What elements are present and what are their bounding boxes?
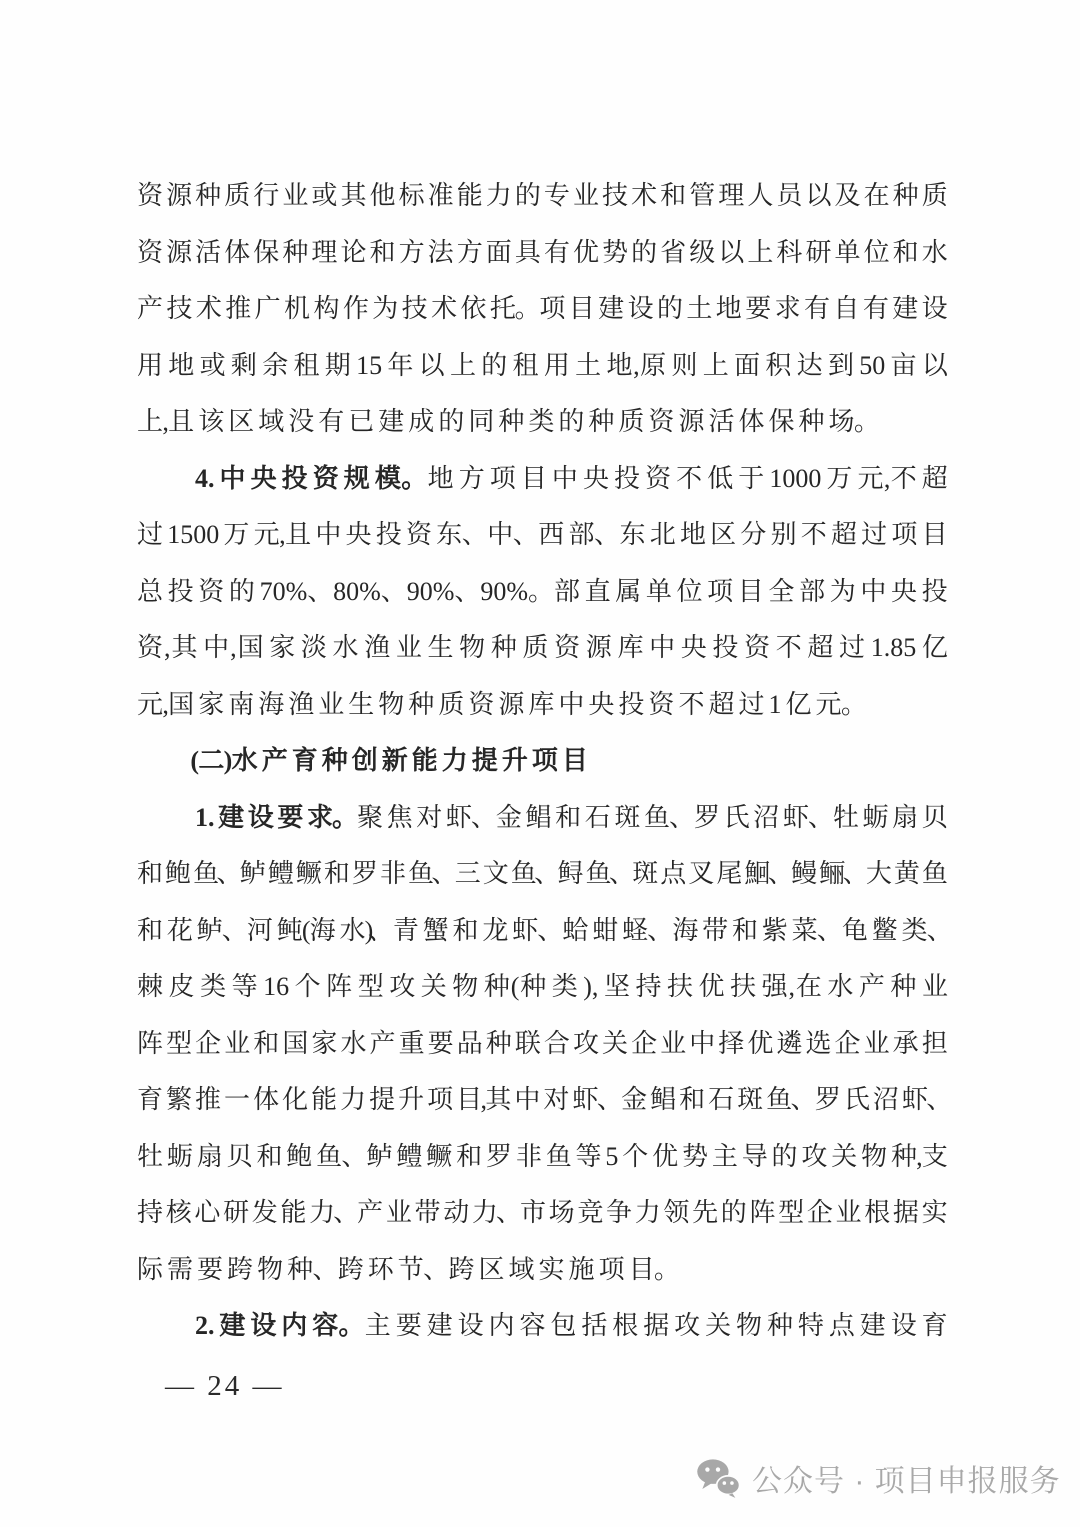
body-char: 金 [496, 790, 522, 847]
body-char: 金 [621, 1072, 647, 1129]
body-char: 租 [513, 338, 539, 395]
body-char: 1.85 [871, 620, 917, 677]
body-char: 投 [376, 507, 402, 564]
body-char: 阵 [137, 1016, 163, 1073]
body-char: 蟹 [423, 903, 449, 960]
body-char: 区 [479, 1242, 505, 1299]
body-char: 属 [615, 564, 641, 621]
body-char: 央 [588, 677, 614, 734]
body-char: 罗 [352, 846, 378, 903]
body-char: 资 [198, 564, 224, 621]
body-char: 物 [861, 1129, 887, 1186]
body-char: 地 [680, 507, 706, 564]
body-char: 持 [635, 959, 661, 1016]
body-char: 过 [738, 677, 764, 734]
text-line: 产技术推广机构作为技术依托。项目建设的土地要求有自有建设 [137, 281, 948, 338]
body-char: 容 [519, 1298, 545, 1355]
body-char: 关 [705, 1298, 731, 1355]
body-char: 斑 [737, 1072, 763, 1129]
body-char: 扶 [730, 959, 756, 1016]
body-char: 种 [484, 959, 510, 1016]
heading-char: 模 [375, 451, 401, 508]
body-char: 和 [453, 903, 479, 960]
body-char: 种 [891, 1129, 917, 1186]
body-char: 河 [247, 903, 273, 960]
body-char: 和 [732, 903, 758, 960]
body-char: 分 [740, 507, 766, 564]
body-char: 中 [552, 451, 578, 508]
watermark-text: 公众号 · 项目申报服务 [752, 1456, 1061, 1500]
body-char: 企 [807, 1185, 833, 1242]
body-char: 业 [318, 677, 344, 734]
body-char: 质 [922, 168, 948, 225]
body-char: 和 [555, 790, 581, 847]
body-char: 80% [333, 564, 381, 621]
body-char: 罗 [815, 1072, 841, 1129]
body-char: 业 [386, 1185, 412, 1242]
text-line: 2.建设内容。主要建设内容包括根据攻关物种特点建设育 [137, 1298, 948, 1355]
body-char: 于 [738, 451, 764, 508]
body-char: 跨 [448, 1242, 474, 1299]
body-char: 产 [137, 281, 163, 338]
body-char: 要 [197, 1242, 223, 1299]
body-char: 区 [710, 507, 736, 564]
body-char: 鲈 [197, 903, 223, 960]
body-char: 沼 [753, 790, 779, 847]
text-line: 和鲍鱼、鲈鳢鳜和罗非鱼、三文鱼、鲟鱼、斑点叉尾鮰、鳗鲡、大黄鱼 [137, 846, 948, 903]
body-char: 等 [232, 959, 258, 1016]
body-char: 源 [166, 225, 192, 282]
body-char: 和 [137, 903, 163, 960]
body-char: 种 [195, 168, 221, 225]
body-char: 、 [927, 903, 953, 960]
body-char: 资 [137, 620, 163, 677]
body-char: 资 [744, 620, 770, 677]
body-char: 90% [407, 564, 455, 621]
body-char: 领 [663, 1185, 689, 1242]
body-char: 资 [137, 168, 163, 225]
body-char: 理 [718, 168, 744, 225]
body-char: 种 [799, 394, 825, 451]
body-char: 以 [805, 168, 831, 225]
body-char: 项 [539, 281, 565, 338]
body-char: 点 [829, 1298, 855, 1355]
body-char: 支 [922, 1129, 948, 1186]
body-char: 企 [835, 1016, 861, 1073]
body-char: 在 [796, 959, 822, 1016]
body-char: 直 [585, 564, 611, 621]
body-char: 且 [285, 507, 311, 564]
body-char: 水 [333, 620, 359, 677]
body-char: 亿 [785, 677, 811, 734]
body-char: 渔 [288, 677, 314, 734]
body-char: 、 [216, 846, 242, 903]
body-char: 类 [528, 394, 554, 451]
body-char: 中 [514, 1072, 540, 1129]
body-char: 达 [797, 338, 823, 395]
body-char: 剩 [231, 338, 257, 395]
body-char: 升 [398, 1072, 424, 1129]
body-char: , [633, 338, 640, 395]
body-char: 业 [864, 1016, 890, 1073]
body-char: 理 [311, 225, 337, 282]
body-char: 央 [583, 451, 609, 508]
body-char: 海 [310, 903, 336, 960]
body-char: 资 [645, 451, 671, 508]
heading-char: 建 [219, 1298, 245, 1355]
body-char: 势 [602, 225, 628, 282]
body-char: 过 [839, 620, 865, 677]
body-char: 业 [573, 168, 599, 225]
body-char: 目 [569, 281, 595, 338]
body-char: 源 [166, 168, 192, 225]
body-char: 一 [224, 1072, 250, 1129]
body-char: 不 [676, 451, 702, 508]
body-char: 区 [228, 394, 254, 451]
body-char: 和 [679, 1072, 705, 1129]
body-char: 和 [370, 225, 396, 282]
body-char: , [884, 451, 891, 508]
body-char: 中 [315, 507, 341, 564]
body-char: 元 [857, 451, 883, 508]
body-char: 、 [462, 507, 488, 564]
body-char: 家 [198, 677, 224, 734]
body-char: 设 [891, 1298, 917, 1355]
body-char: 鱼 [644, 790, 670, 847]
text-line: 牡蛎扇贝和鲍鱼、鲈鳢鳜和罗非鱼等5个优势主导的攻关物种,支 [137, 1129, 948, 1186]
body-char: 攻 [674, 1298, 700, 1355]
body-char: 担 [922, 1016, 948, 1073]
heading-char: 要 [277, 790, 303, 847]
body-char: 70% [260, 564, 308, 621]
body-char: 以 [718, 225, 744, 282]
body-char: 其 [485, 1072, 511, 1129]
body-char: 体 [224, 225, 250, 282]
body-char: 元 [816, 677, 842, 734]
body-char: 阵 [326, 959, 352, 1016]
body-char: 鲀 [277, 903, 303, 960]
body-char: 、 [534, 846, 560, 903]
body-char: 鲈 [367, 1129, 393, 1186]
body-char: 建 [892, 281, 918, 338]
body-char: 质 [438, 677, 464, 734]
body-char: 到 [828, 338, 854, 395]
body-char: 斑 [614, 790, 640, 847]
heading-char: 4. [195, 451, 215, 508]
body-char: 和 [324, 846, 350, 903]
body-char: 攻 [801, 1129, 827, 1186]
heading-char: 设 [250, 1298, 276, 1355]
body-char: 技 [602, 168, 628, 225]
body-char: 沼 [873, 1072, 899, 1129]
body-char: 跨 [338, 1242, 364, 1299]
body-char: 品 [457, 1016, 483, 1073]
body-char: 。 [841, 677, 867, 734]
body-char: 物 [459, 620, 485, 677]
body-char: 的 [515, 168, 541, 225]
body-char: 种 [588, 394, 614, 451]
body-char: 鲟 [557, 846, 583, 903]
body-char: 构 [313, 281, 339, 338]
body-char: 据 [893, 1185, 919, 1242]
body-char: 特 [798, 1298, 824, 1355]
body-char: 目 [922, 507, 948, 564]
body-char: 、 [842, 846, 868, 903]
body-char: 鳢 [396, 1129, 422, 1186]
body-char: 施 [569, 1242, 595, 1299]
body-char: 发 [252, 1185, 278, 1242]
body-char: , [230, 620, 237, 677]
body-char: 北 [650, 507, 676, 564]
heading-char: 。 [332, 790, 358, 847]
body-char: 家 [269, 620, 295, 677]
body-char: 个 [295, 959, 321, 1016]
body-char: 过 [861, 507, 887, 564]
body-char: 关 [421, 959, 447, 1016]
body-char: 央 [681, 620, 707, 677]
body-char: 质 [618, 394, 644, 451]
body-char: 以 [419, 338, 445, 395]
body-char: 亩 [891, 338, 917, 395]
body-char: 超 [922, 451, 948, 508]
text-line: 上,且该区域没有已建成的同种类的种质资源活体保种场。 [137, 394, 948, 451]
body-char: 投 [168, 564, 194, 621]
body-char: 有 [544, 225, 570, 282]
body-char: 石 [708, 1072, 734, 1129]
body-char: 龟 [842, 903, 868, 960]
body-char: 位 [677, 564, 703, 621]
body-char: 该 [198, 394, 224, 451]
heading-char: 新 [382, 733, 408, 790]
body-char: 鲳 [525, 790, 551, 847]
body-char: 叉 [688, 846, 714, 903]
heading-char: 建 [218, 790, 244, 847]
body-char: 育 [922, 1298, 948, 1355]
body-char: 种 [520, 959, 546, 1016]
body-char: 和 [256, 1129, 282, 1186]
body-char: 、 [817, 903, 843, 960]
body-char: 资 [648, 394, 674, 451]
body-char: 水 [339, 903, 365, 960]
body-char: 级 [689, 225, 715, 282]
body-char: 要 [428, 1016, 454, 1073]
body-char: 非 [380, 846, 406, 903]
body-char: 、 [431, 846, 457, 903]
heading-char: 力 [442, 733, 468, 790]
body-char: 域 [509, 1242, 535, 1299]
body-char: 的 [721, 1185, 747, 1242]
body-char: 设 [628, 281, 654, 338]
body-char: 及 [835, 168, 861, 225]
body-char: 合 [544, 1016, 570, 1073]
body-char: 源 [586, 620, 612, 677]
body-char: 的 [657, 281, 683, 338]
body-char: 个 [622, 1129, 648, 1186]
body-char: 则 [671, 338, 697, 395]
body-char: 、 [368, 903, 394, 960]
body-char: 体 [253, 1072, 279, 1129]
body-char: 土 [575, 338, 601, 395]
body-char: 物 [452, 959, 478, 1016]
body-char: 扇 [892, 790, 918, 847]
body-char: 不 [776, 620, 802, 677]
text-line: 棘皮类等16个阵型攻关物种(种类),坚持扶优扶强,在水产种业 [137, 959, 948, 1016]
body-char: 东 [620, 507, 646, 564]
body-char: 积 [765, 338, 791, 395]
body-char: 罗 [694, 790, 720, 847]
body-char: 要 [745, 281, 771, 338]
body-char: 鲳 [650, 1072, 676, 1129]
body-char: 建 [598, 281, 624, 338]
body-char: 生 [428, 620, 454, 677]
body-char: 能 [311, 1072, 337, 1129]
body-char: 推 [225, 281, 251, 338]
body-char: 有 [804, 281, 830, 338]
body-char: 。 [528, 564, 554, 621]
body-char: 鲍 [286, 1129, 312, 1186]
heading-char: 2. [195, 1298, 215, 1355]
body-char: 、 [307, 564, 333, 621]
body-char: 建 [860, 1298, 886, 1355]
body-char: 超 [831, 507, 857, 564]
body-char: 场 [549, 1185, 575, 1242]
body-char: 。 [854, 394, 880, 451]
body-char: 三 [455, 846, 481, 903]
body-char: 过 [137, 507, 163, 564]
body-char: 超 [807, 620, 833, 677]
body-char: 棘 [137, 959, 163, 1016]
document-body: 资源种质行业或其他标准能力的专业技术和管理人员以及在种质资源活体保种理论和方法方… [137, 168, 948, 1355]
body-char: 中 [689, 1016, 715, 1073]
body-char: 优 [747, 1016, 773, 1073]
body-char: 且 [168, 394, 194, 451]
body-char: 种 [491, 620, 517, 677]
body-char: 力 [472, 1185, 498, 1242]
heading-char: 产 [262, 733, 288, 790]
body-char: 鱼 [511, 846, 537, 903]
body-char: 淡 [301, 620, 327, 677]
body-char: 内 [489, 1298, 515, 1355]
body-char: 总 [137, 564, 163, 621]
footer-page-number: — 24 — [165, 1370, 285, 1403]
body-char: 对 [416, 790, 442, 847]
heading-char: 创 [352, 733, 378, 790]
heading-char: 投 [282, 451, 308, 508]
body-char: 上 [747, 225, 773, 282]
body-char: 研 [805, 225, 831, 282]
body-char: 优 [699, 959, 725, 1016]
body-char: 体 [738, 394, 764, 451]
body-char: 龙 [482, 903, 508, 960]
body-char: 、 [594, 507, 620, 564]
body-char: 论 [340, 225, 366, 282]
body-char: 方 [399, 225, 425, 282]
body-char: 没 [288, 394, 314, 451]
body-char: 技 [166, 281, 192, 338]
body-char: 部 [799, 564, 825, 621]
body-char: 在 [864, 168, 890, 225]
body-char: 、 [341, 1129, 367, 1186]
body-char: 不 [801, 507, 827, 564]
body-char: 16 [263, 959, 289, 1016]
body-char: 物 [736, 1298, 762, 1355]
body-char: 管 [689, 168, 715, 225]
body-char: 投 [618, 677, 644, 734]
body-char: 保 [768, 394, 794, 451]
body-char: 种 [408, 677, 434, 734]
body-char: 西 [538, 507, 564, 564]
body-char: 上 [703, 338, 729, 395]
body-char: 中 [558, 677, 584, 734]
body-char: 提 [369, 1072, 395, 1129]
body-char: 单 [646, 564, 672, 621]
body-char: 研 [223, 1185, 249, 1242]
body-char: 业 [922, 959, 948, 1016]
body-char: 域 [258, 394, 284, 451]
body-char: 扶 [667, 959, 693, 1016]
body-char: 遴 [776, 1016, 802, 1073]
body-char: 鱼 [193, 846, 219, 903]
heading-char: 升 [502, 733, 528, 790]
body-char: 和 [456, 1129, 482, 1186]
heading-char: 二 [198, 733, 224, 790]
body-char: 有 [863, 281, 889, 338]
text-line: 阵型企业和国家水产重要品种联合攻关企业中择优遴选企业承担 [137, 1016, 948, 1073]
body-char: 依 [460, 281, 486, 338]
body-char: 种 [287, 1242, 313, 1299]
body-char: 成 [408, 394, 434, 451]
body-char: 方 [459, 451, 485, 508]
body-char: 需 [167, 1242, 193, 1299]
body-char: 、 [926, 1072, 952, 1129]
body-char: 库 [528, 677, 554, 734]
body-char: 、 [768, 846, 794, 903]
body-char: 已 [348, 394, 374, 451]
heading-char: 能 [412, 733, 438, 790]
heading-char: 资 [313, 451, 339, 508]
body-char: 、 [808, 790, 834, 847]
body-char: 虾 [572, 1072, 598, 1129]
body-char: 项 [490, 451, 516, 508]
body-char: 、 [471, 790, 497, 847]
heading-char: 规 [344, 451, 370, 508]
body-char: 央 [346, 507, 372, 564]
body-char: 上 [137, 394, 163, 451]
body-char: 类 [200, 959, 226, 1016]
body-char: 准 [428, 168, 454, 225]
body-char: 方 [457, 225, 483, 282]
body-char: 类 [901, 903, 927, 960]
body-char: 鳜 [426, 1129, 452, 1186]
body-char: 点 [660, 846, 686, 903]
body-char: 的 [631, 225, 657, 282]
body-char: 15 [356, 338, 382, 395]
heading-char: 种 [322, 733, 348, 790]
body-char: 氏 [844, 1072, 870, 1129]
body-char: 实 [922, 1185, 948, 1242]
body-char: 根 [612, 1298, 638, 1355]
body-char: 强 [762, 959, 788, 1016]
body-char: 蛤 [562, 903, 588, 960]
watermark: 公众号 · 项目申报服务 [696, 1456, 1061, 1500]
body-char: 繁 [166, 1072, 192, 1129]
body-char: 鳖 [872, 903, 898, 960]
body-char: 牡 [137, 1129, 163, 1186]
body-char: 包 [550, 1298, 576, 1355]
body-char: 据 [643, 1298, 669, 1355]
body-char: 企 [195, 1016, 221, 1073]
body-char: 质 [224, 168, 250, 225]
